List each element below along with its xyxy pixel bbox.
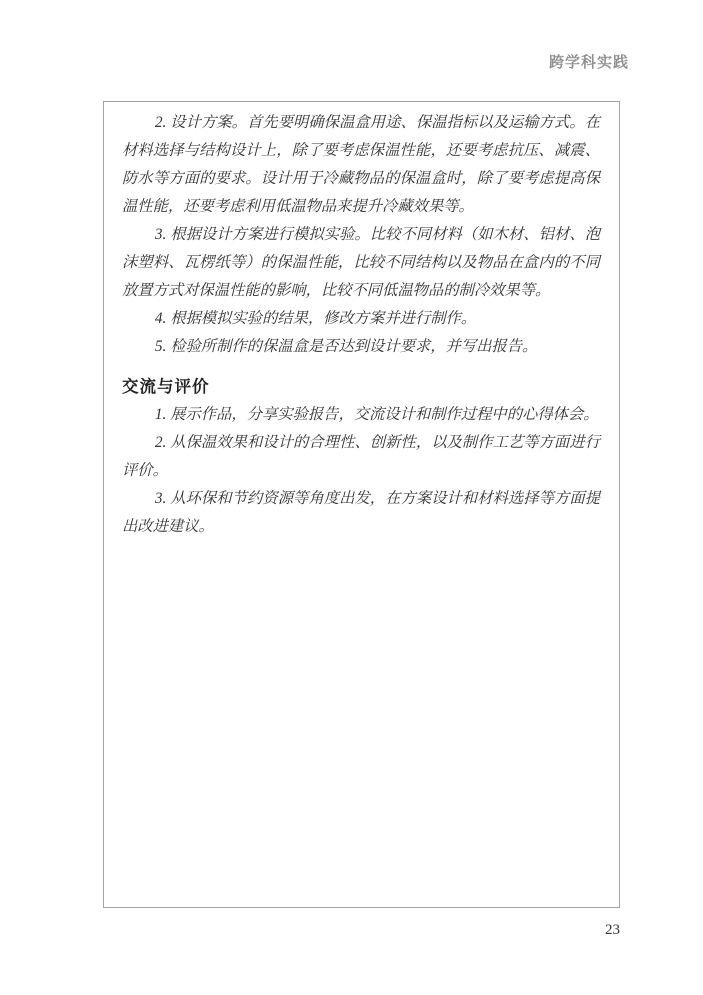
evaluation-paragraph: 2. 从保温效果和设计的合理性、创新性，以及制作工艺等方面进行评价。 [122,429,600,485]
step-paragraph: 4. 根据模拟实验的结果，修改方案并进行制作。 [122,305,600,333]
step-paragraph: 2. 设计方案。首先要明确保温盒用途、保温指标以及运输方式。在材料选择与结构设计… [122,109,600,221]
evaluation-paragraph: 3. 从环保和节约资源等角度出发，在方案设计和材料选择等方面提出改进建议。 [122,485,600,541]
step-paragraph: 3. 根据设计方案进行模拟实验。比较不同材料（如木材、铝材、泡沫塑料、瓦楞纸等）… [122,221,600,305]
section-heading: 交流与评价 [122,373,600,401]
evaluation-paragraph: 1. 展示作品，分享实验报告，交流设计和制作过程中的心得体会。 [122,401,600,429]
step-paragraph: 5. 检验所制作的保温盒是否达到设计要求，并写出报告。 [122,333,600,361]
page-number: 23 [605,922,620,939]
content-box: 2. 设计方案。首先要明确保温盒用途、保温指标以及运输方式。在材料选择与结构设计… [103,101,620,908]
running-head-label: 跨学科实践 [549,51,629,72]
